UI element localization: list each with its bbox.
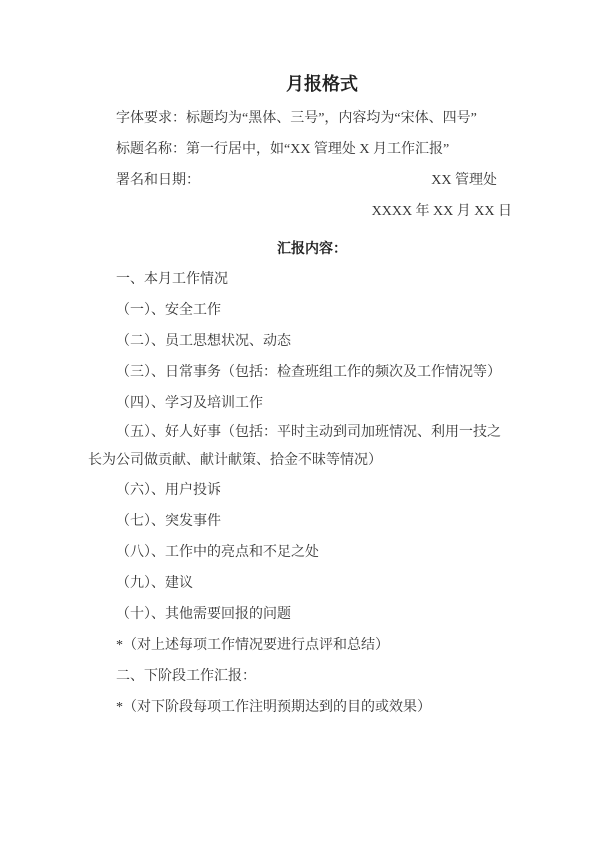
outline-line: （三）、日常事务（包括：检查班组工作的频次及工作情况等） — [88, 357, 512, 388]
outline-line: （六）、用户投诉 — [88, 475, 512, 506]
outline-line: 二、下阶段工作汇报： — [88, 661, 512, 692]
outline-line: *（对上述每项工作情况要进行点评和总结） — [88, 630, 512, 661]
outline-line: *（对下阶段每项工作注明预期达到的目的或效果） — [88, 692, 512, 723]
outline-line: （五）、好人好事（包括：平时主动到司加班情况、利用一技之 — [88, 419, 512, 447]
signature-row: 署名和日期： XX 管理处 — [88, 165, 512, 196]
signature-date: XXXX 年 XX 月 XX 日 — [88, 196, 512, 227]
document-title: 月报格式 — [110, 71, 534, 97]
document-content: 月报格式 字体要求：标题均为“黑体、三号”，内容均为“宋体、四号” 标题名称：第… — [0, 0, 600, 723]
document-page: 月报格式 字体要求：标题均为“黑体、三号”，内容均为“宋体、四号” 标题名称：第… — [0, 0, 600, 850]
outline-line: （十）、其他需要回报的问题 — [88, 599, 512, 630]
section-heading: 汇报内容： — [100, 233, 524, 264]
outline-line: （二）、员工思想状况、动态 — [88, 326, 512, 357]
signature-label: 署名和日期： — [88, 165, 200, 196]
font-requirements-line: 字体要求：标题均为“黑体、三号”，内容均为“宋体、四号” — [88, 103, 512, 134]
outline-line: （一）、安全工作 — [88, 295, 512, 326]
outline-line: 长为公司做贡献、献计献策、拾金不昧等情况） — [88, 447, 512, 475]
outline-line: （四）、学习及培训工作 — [88, 388, 512, 419]
report-outline: 一、本月工作情况（一）、安全工作（二）、员工思想状况、动态（三）、日常事务（包括… — [88, 264, 512, 723]
outline-line: （七）、突发事件 — [88, 506, 512, 537]
outline-line: （八）、工作中的亮点和不足之处 — [88, 537, 512, 568]
outline-line: （九）、建议 — [88, 568, 512, 599]
outline-line: 一、本月工作情况 — [88, 264, 512, 295]
title-naming-line: 标题名称：第一行居中，如“XX 管理处 X 月工作汇报” — [88, 134, 512, 165]
signature-org: XX 管理处 — [431, 165, 512, 196]
